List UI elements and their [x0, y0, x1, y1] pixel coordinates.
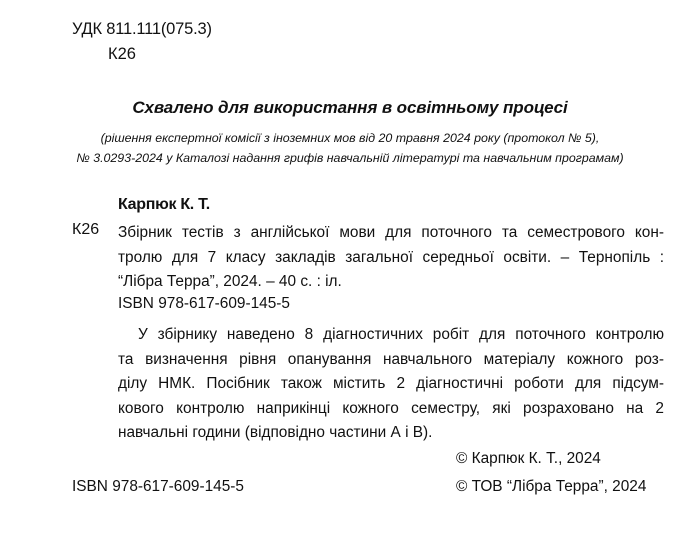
bibliographic-description: Збірник тестів з англійської мови для по…: [118, 221, 664, 295]
annotation-line: У збірнику наведено 8 діагностичних робі…: [118, 323, 664, 348]
approval-note: (рішення експертної комісії з іноземних …: [0, 128, 700, 168]
approval-note-line: (рішення експертної комісії з іноземних …: [0, 128, 700, 148]
annotation-line: ділу НМК. Посібник також містить 2 діагн…: [118, 372, 664, 397]
copyright-publisher: © ТОВ “Лібра Терра”, 2024: [456, 478, 646, 496]
bibliographic-line: “Лібра Терра”, 2024. – 40 с. : іл.: [118, 270, 664, 295]
approval-title: Схвалено для використання в освітньому п…: [0, 98, 700, 118]
annotation-line: кового контролю наприкінці кожного семес…: [118, 397, 664, 422]
copyright-author: © Карпюк К. Т., 2024: [456, 450, 601, 468]
annotation-line: та визначення рівня опанування навчально…: [118, 348, 664, 373]
isbn-record: ISBN 978-617-609-145-5: [118, 295, 290, 313]
approval-note-line: № 3.0293-2024 у Каталозі надання грифів …: [0, 148, 700, 168]
author-sign-code: К26: [108, 45, 136, 64]
bibliographic-line: Збірник тестів з англійської мови для по…: [118, 221, 664, 246]
author-name: Карпюк К. Т.: [118, 196, 210, 214]
annotation-paragraph: У збірнику наведено 8 діагностичних робі…: [118, 323, 664, 446]
udk-classification: УДК 811.111(075.3): [72, 20, 212, 39]
bibliographic-line: тролю для 7 класу закладів загальної сер…: [118, 246, 664, 271]
isbn-footer: ISBN 978-617-609-145-5: [72, 478, 244, 496]
bibliographic-side-code: К26: [72, 221, 99, 239]
annotation-line: навчальні години (відповідно частини А і…: [118, 421, 664, 446]
